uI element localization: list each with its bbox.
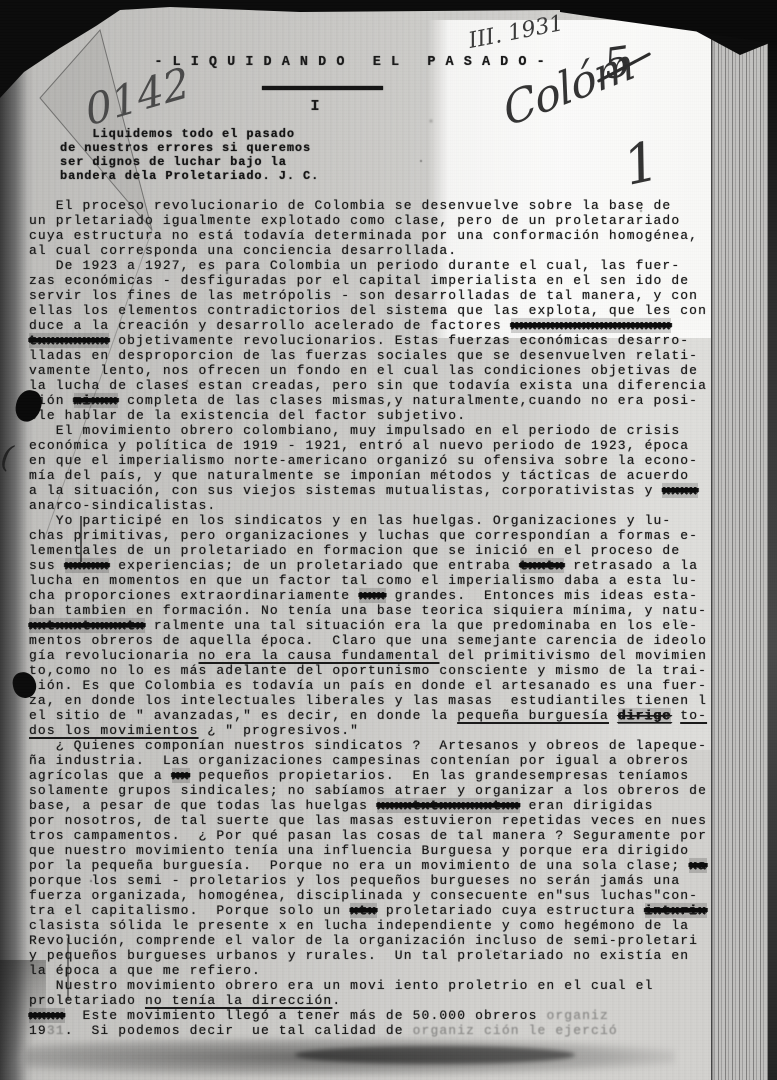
pen-margin-line (67, 938, 69, 1000)
body-line: Yo participé en los sindicatos y en las … (29, 513, 719, 528)
body-line: ña industria. Las organizaciones campesi… (29, 753, 719, 768)
body-line: ble hablar de la existencia del factor s… (29, 408, 719, 423)
body-line: la época a que me refiero. (29, 963, 719, 978)
body-line: por la pequeña burguesía. Porque no era … (29, 858, 719, 873)
crossed-out-text: xxxx (662, 483, 698, 498)
body-line: mentos obreros de aquella época. Claro q… (29, 633, 719, 648)
body-line: duce a la creación y desarrollo acelerad… (29, 318, 719, 333)
body-line: un prletariado igualmente explotado como… (29, 213, 719, 228)
body-line: anarco-sindicalistas. (29, 498, 719, 513)
body-line: zas económicas - desfiguradas por el cap… (29, 273, 719, 288)
crossed-out-text: xxxxxxxxxxxxxxxxxx (511, 318, 672, 333)
body-line: clasista sólida le presente x en lucha i… (29, 918, 719, 933)
faded-text: organiz ción le ejerció (413, 1023, 618, 1038)
body-line: mía del país, y que naturalmente se impo… (29, 468, 719, 483)
crossed-out-text: xa (689, 858, 707, 873)
body-line: chas primitivas, pero organizaciones y l… (29, 528, 719, 543)
faded-text: organiz (546, 1008, 608, 1023)
body-line: proletariado no tenía la dirección. (29, 993, 719, 1008)
body-line: fuerza organizada, homogénea, disciplina… (29, 888, 719, 903)
crossed-out-text: txxxxxxxx (29, 333, 109, 348)
underlined-text: pequeña burguesía (457, 708, 609, 723)
crossed-out-text: xxxxtxtxxxxxxtxx (377, 798, 520, 813)
body-line: El proceso revolucionario de Colombia se… (29, 198, 719, 213)
scan-right-dark-edge (768, 0, 777, 1080)
crossed-out-text: xxxxx (65, 558, 110, 573)
body-line: lementales de un proletariado en formaci… (29, 543, 719, 558)
epigraph-line: ser dignos de luchar bajo la (60, 155, 319, 169)
body-line: Nuestro movimiento obrero era un movi ie… (29, 978, 719, 993)
body-line: lladas en desproporcion de las fuerzas s… (29, 348, 719, 363)
body-line: ción mixxx completa de las clases mismas… (29, 393, 719, 408)
body-line: cuya estructura no está todavía determin… (29, 228, 719, 243)
body-line: porque los semi - proletarios y los pequ… (29, 873, 719, 888)
crossed-out-text: xtx (350, 903, 377, 918)
body-line: lucha en momentos en que un factor tal c… (29, 573, 719, 588)
crossed-out-text: intxrix (645, 903, 707, 918)
body-line: tra el capitalismo. Porque solo un xtx p… (29, 903, 719, 918)
crossed-underlined-text: dirige (618, 708, 672, 723)
body-line: al cual corresponda una conciencia desar… (29, 243, 719, 258)
body-line: xxxx Este movimiento llegó a tener más d… (29, 1008, 719, 1023)
body-line: servir los fines de las metrópolis - son… (29, 288, 719, 303)
crossed-out-text: txxtx (520, 558, 565, 573)
body-line: sus xxxxx experiencias; de un proletaria… (29, 558, 719, 573)
body-line: De 1923 a 1927, es para Colombia un peri… (29, 258, 719, 273)
crossed-out-text: xx (172, 768, 190, 783)
pen-margin-line (80, 516, 82, 562)
crossed-out-text: xxx (359, 588, 386, 603)
body-line: 1931. Si podemos decir ue tal calidad de… (29, 1023, 719, 1038)
body-line: ban tambien en formación. No tenía una b… (29, 603, 719, 618)
body-line: ellas los elementos contradictorios del … (29, 303, 719, 318)
body-line: que nuestro movimiento tenía una influen… (29, 843, 719, 858)
body-line: en que el imperialismo norte-americano o… (29, 453, 719, 468)
document-body: El proceso revolucionario de Colombia se… (29, 198, 719, 1038)
underlined-text: to- (680, 708, 707, 723)
body-line: base, a pesar de que todas las huelgas x… (29, 798, 719, 813)
body-line: gía revolucionaria no era la causa funda… (29, 648, 719, 663)
underlined-text: no era la causa fundamental (199, 648, 440, 663)
epigraph: Liquidemos todo el pasadode nuestros err… (60, 127, 319, 183)
body-line: ción. Es que Colombia es todavía un país… (29, 678, 719, 693)
body-line: solamente grupos sindicales; no sabíamos… (29, 783, 719, 798)
body-line: cha proporciones extraordinariamente xxx… (29, 588, 719, 603)
body-line: agrícolas que a xx pequeños propietarios… (29, 768, 719, 783)
underlined-text: no tenía la dirección (145, 993, 332, 1008)
body-line: xxtxxxtxxxxtx ralmente una tal situación… (29, 618, 719, 633)
body-line: tros campamentos. ¿ Por qué pasan las co… (29, 828, 719, 843)
body-line: por nosotros, de tal suerte que las masa… (29, 813, 719, 828)
body-line: ¿ Quienes componían nuestros sindicatos … (29, 738, 719, 753)
body-line: a la situación, con sus viejos sistemas … (29, 483, 719, 498)
crossed-out-text: mixxx (74, 393, 119, 408)
crossed-out-text: xxtxxxtxxxxtx (29, 618, 145, 633)
body-line: za, en donde los intelectuales liberales… (29, 693, 719, 708)
bottom-smudge-core (295, 1046, 575, 1064)
epigraph-line: bandera dela Proletariado. J. C. (60, 169, 319, 183)
epigraph-line: de nuestros errores si queremos (60, 141, 319, 155)
faded-text: 31 (47, 1023, 65, 1038)
body-line: el sitio de " avanzadas," es decir, en d… (29, 708, 719, 723)
body-line: txxxxxxxx objetivamente revolucionarios.… (29, 333, 719, 348)
scanned-document-page: - L I Q U I D A N D O E L P A S A D O - … (0, 0, 777, 1080)
crossed-out-text: xxxx (29, 1008, 65, 1023)
body-line: to,como no lo es más adelante del oportu… (29, 663, 719, 678)
body-line: la lucha de clases estan creadas, pero s… (29, 378, 719, 393)
underlined-text: dos los movimientos (29, 723, 199, 738)
body-line: vamente lento, nos ofrecen un fondo en e… (29, 363, 719, 378)
body-line: y pequeños burgueses urbanos y rurales. … (29, 948, 719, 963)
body-line: económica y política de 1919 - 1921, ent… (29, 438, 719, 453)
body-line: El movimiento obrero colombiano, muy imp… (29, 423, 719, 438)
body-line: Revolución, comprende el valor de la org… (29, 933, 719, 948)
body-line: dos los movimientos ¿ " progresivos." (29, 723, 719, 738)
